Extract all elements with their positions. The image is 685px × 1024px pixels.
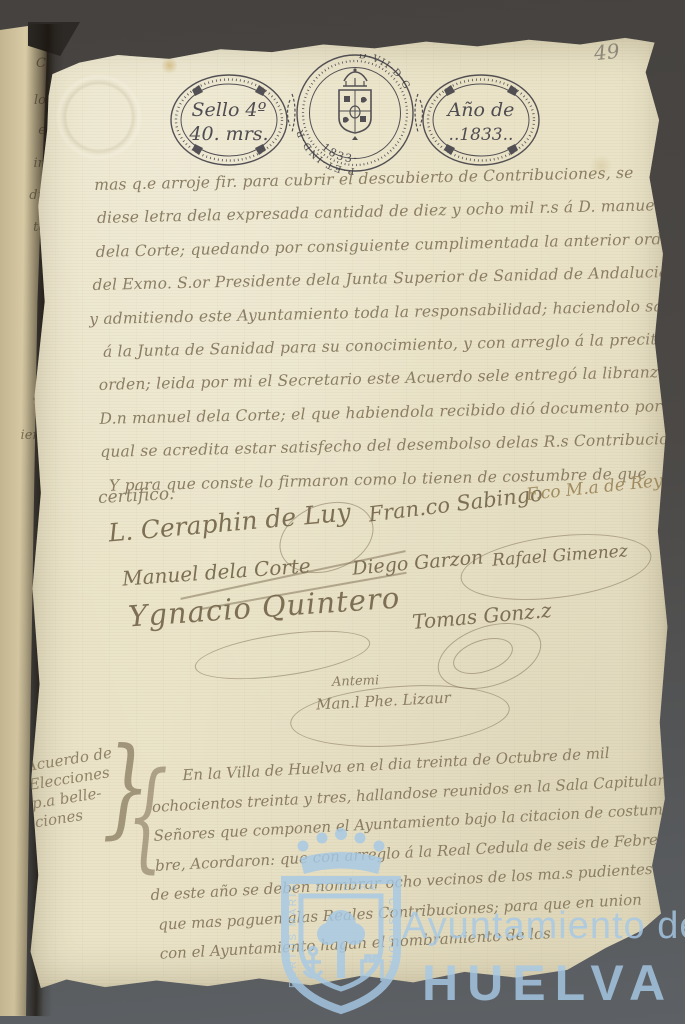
- svg-text:FERD·VII·D·G: FERD·VII·D·G: [165, 54, 412, 92]
- coat-of-arms-shield-icon: [339, 90, 371, 140]
- blind-embossed-seal: [56, 74, 142, 160]
- signature-rubric-flourish: [457, 525, 655, 610]
- ante-mi-label: Antemi: [332, 673, 380, 690]
- signature-rubric-flourish: [288, 678, 512, 753]
- laurel-sprig-icon: [288, 94, 296, 132]
- stamp-legend-right: FERD·VII·D·G: [165, 54, 412, 92]
- folio-number: 49: [593, 39, 621, 66]
- laurel-sprig-icon: [415, 94, 423, 132]
- signature: Ygnacio Quintero: [127, 581, 401, 634]
- stamp-anio-line1: Año de: [446, 99, 515, 121]
- closing-word: certifico.: [98, 484, 175, 508]
- manuscript-page: 49: [28, 34, 670, 990]
- stamp-sello-line2: 40. mrs.: [188, 123, 268, 145]
- stamp-sello-line1: Sello 4º: [192, 99, 267, 121]
- revenue-stamp: Sello 4º 40. mrs. Año de ..1833.. HISP·E…: [165, 54, 545, 176]
- document-scan: C lo e in du te ) á a u a) ient e la m a…: [0, 0, 685, 1024]
- manuscript-body-paragraph: mas q.e arroje fir. para cubrir el descu…: [94, 164, 649, 510]
- stamp-anio-line2: ..1833..: [449, 125, 514, 145]
- acta-paragraph: En la Villa de Huelva en el dia treinta …: [150, 740, 685, 974]
- royal-crown-icon: [343, 68, 367, 86]
